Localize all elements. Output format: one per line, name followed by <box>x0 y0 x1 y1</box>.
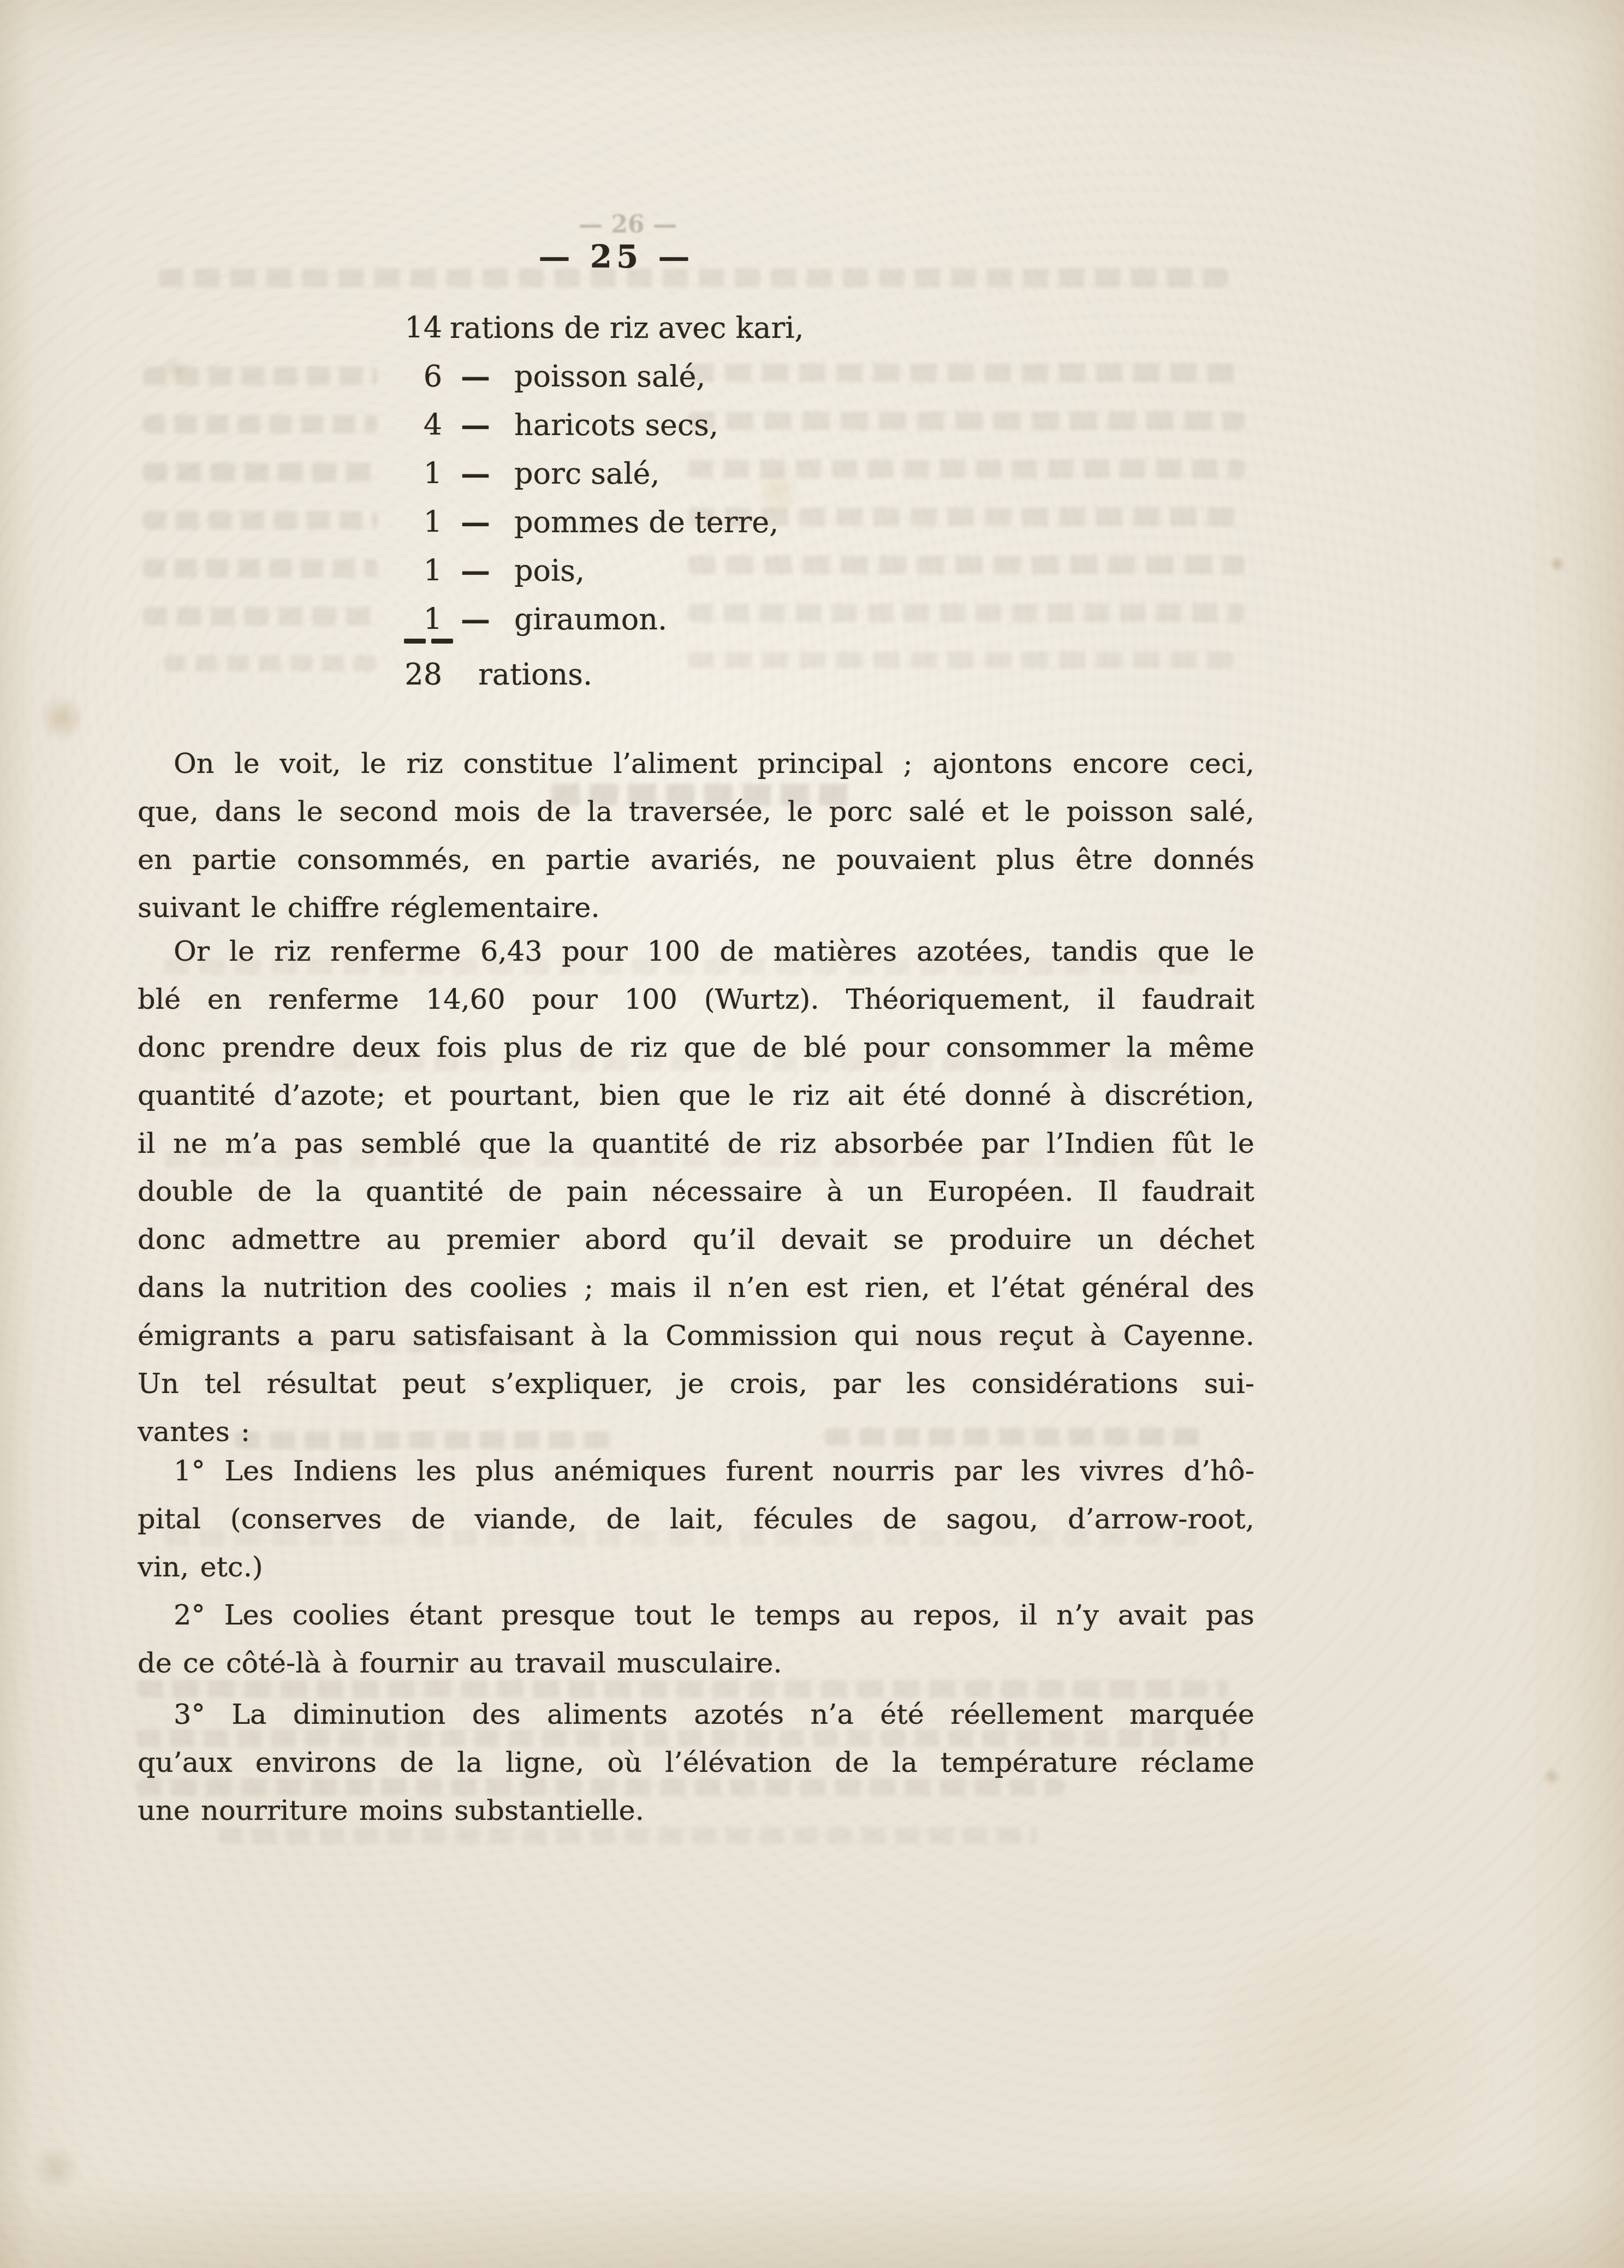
ditto-dash: — <box>442 352 509 401</box>
sum-rule <box>404 638 454 644</box>
ditto-dash: — <box>442 546 509 595</box>
ration-label: giraumon. <box>509 595 804 644</box>
ration-qty: 1 <box>311 498 442 546</box>
text-line: qu’aux environs de la ligne, où l’élévat… <box>138 1739 1254 1787</box>
ration-label: rations de riz avec kari, <box>442 303 804 352</box>
ration-label: pommes de terre, <box>509 498 804 546</box>
text-line: émigrants a paru satisfaisant à la Commi… <box>138 1312 1254 1360</box>
text-line: donc admettre au premier abord qu’il dev… <box>138 1216 1254 1264</box>
text-line: en partie consommés, en partie avariés, … <box>138 836 1254 884</box>
ration-label: haricots secs, <box>509 401 804 449</box>
ration-row: 14rations de riz avec kari, <box>311 303 804 352</box>
ration-label: pois, <box>509 546 804 595</box>
text-line: dans la nutrition des coolies ; mais il … <box>138 1264 1254 1312</box>
text-line: que, dans le second mois de la traversée… <box>138 788 1254 836</box>
ration-total: 28 rations. <box>311 657 592 692</box>
text-line: 3° La diminution des aliments azotés n’a… <box>138 1691 1254 1739</box>
ditto-dash: — <box>442 449 509 498</box>
paragraph-riz-aliment-principal: On le voit, le riz constitue l’aliment p… <box>138 740 1254 932</box>
ghost-page-number: — 26 — <box>0 211 1256 239</box>
ration-qty: 1 <box>311 546 442 595</box>
ration-label: poisson salé, <box>509 352 804 401</box>
page-number: — 25 — <box>0 238 1233 275</box>
text-line: pital (conserves de viande, de lait, féc… <box>138 1496 1254 1544</box>
paragraph-matieres-azotees: Or le riz renferme 6,43 pour 100 de mati… <box>138 928 1254 1456</box>
text-line: quantité d’azote; et pourtant, bien que … <box>138 1072 1254 1120</box>
text-line: une nourriture moins substantielle. <box>138 1787 1254 1835</box>
ration-qty: 4 <box>311 401 442 449</box>
ration-label: porc salé, <box>509 449 804 498</box>
text-line: Or le riz renferme 6,43 pour 100 de mati… <box>138 928 1254 976</box>
ditto-dash: — <box>442 595 509 644</box>
paragraph-point-3: 3° La diminution des aliments azotés n’a… <box>138 1691 1254 1835</box>
text-line: Un tel résultat peut s’expliquer, je cro… <box>138 1360 1254 1408</box>
ration-total-qty: 28 <box>311 657 442 692</box>
ditto-dash: — <box>442 401 509 449</box>
text-line: de ce côté-là à fournir au travail muscu… <box>138 1640 1254 1688</box>
text-line: vin, etc.) <box>138 1544 1254 1592</box>
ration-row: 6—poisson salé, <box>311 352 804 401</box>
text-line: double de la quantité de pain nécessaire… <box>138 1168 1254 1216</box>
paragraph-point-1: 1° Les Indiens les plus anémiques furent… <box>138 1448 1254 1592</box>
text-line: il ne m’a pas semblé que la quantité de … <box>138 1120 1254 1168</box>
ration-row: 1—pois, <box>311 546 804 595</box>
ration-qty: 6 <box>311 352 442 401</box>
ration-row: 1—pommes de terre, <box>311 498 804 546</box>
ration-row: 4—haricots secs, <box>311 401 804 449</box>
ditto-dash: — <box>442 498 509 546</box>
text-line: On le voit, le riz constitue l’aliment p… <box>138 740 1254 788</box>
ration-total-label: rations. <box>442 657 592 692</box>
scanned-book-page: { "page_header": { "ghost_number": "— 26… <box>0 0 1624 2268</box>
ration-qty: 1 <box>311 449 442 498</box>
ration-list: 14rations de riz avec kari,6—poisson sal… <box>311 303 804 644</box>
text-line: 2° Les coolies étant presque tout le tem… <box>138 1592 1254 1640</box>
ration-row: 1—giraumon. <box>311 595 804 644</box>
ration-qty: 1 <box>311 595 442 644</box>
ration-qty: 14 <box>311 303 442 352</box>
text-line: donc prendre deux fois plus de riz que d… <box>138 1024 1254 1072</box>
ration-row: 1—porc salé, <box>311 449 804 498</box>
text-line: suivant le chiffre réglementaire. <box>138 884 1254 932</box>
paragraph-point-2: 2° Les coolies étant presque tout le tem… <box>138 1592 1254 1688</box>
text-line: blé en renferme 14,60 pour 100 (Wurtz). … <box>138 976 1254 1024</box>
text-line: 1° Les Indiens les plus anémiques furent… <box>138 1448 1254 1496</box>
